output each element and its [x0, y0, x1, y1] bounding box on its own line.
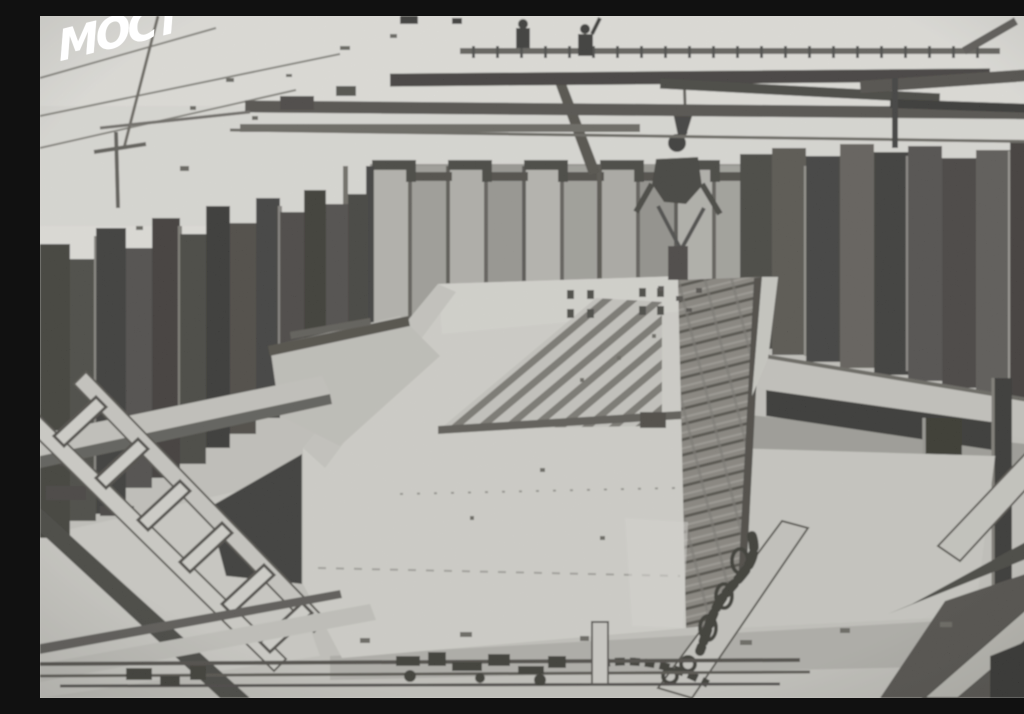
construction-photo: МОСТ	[40, 16, 1024, 698]
film-grain-overlay	[40, 16, 1024, 698]
photo-canvas	[40, 16, 1024, 698]
